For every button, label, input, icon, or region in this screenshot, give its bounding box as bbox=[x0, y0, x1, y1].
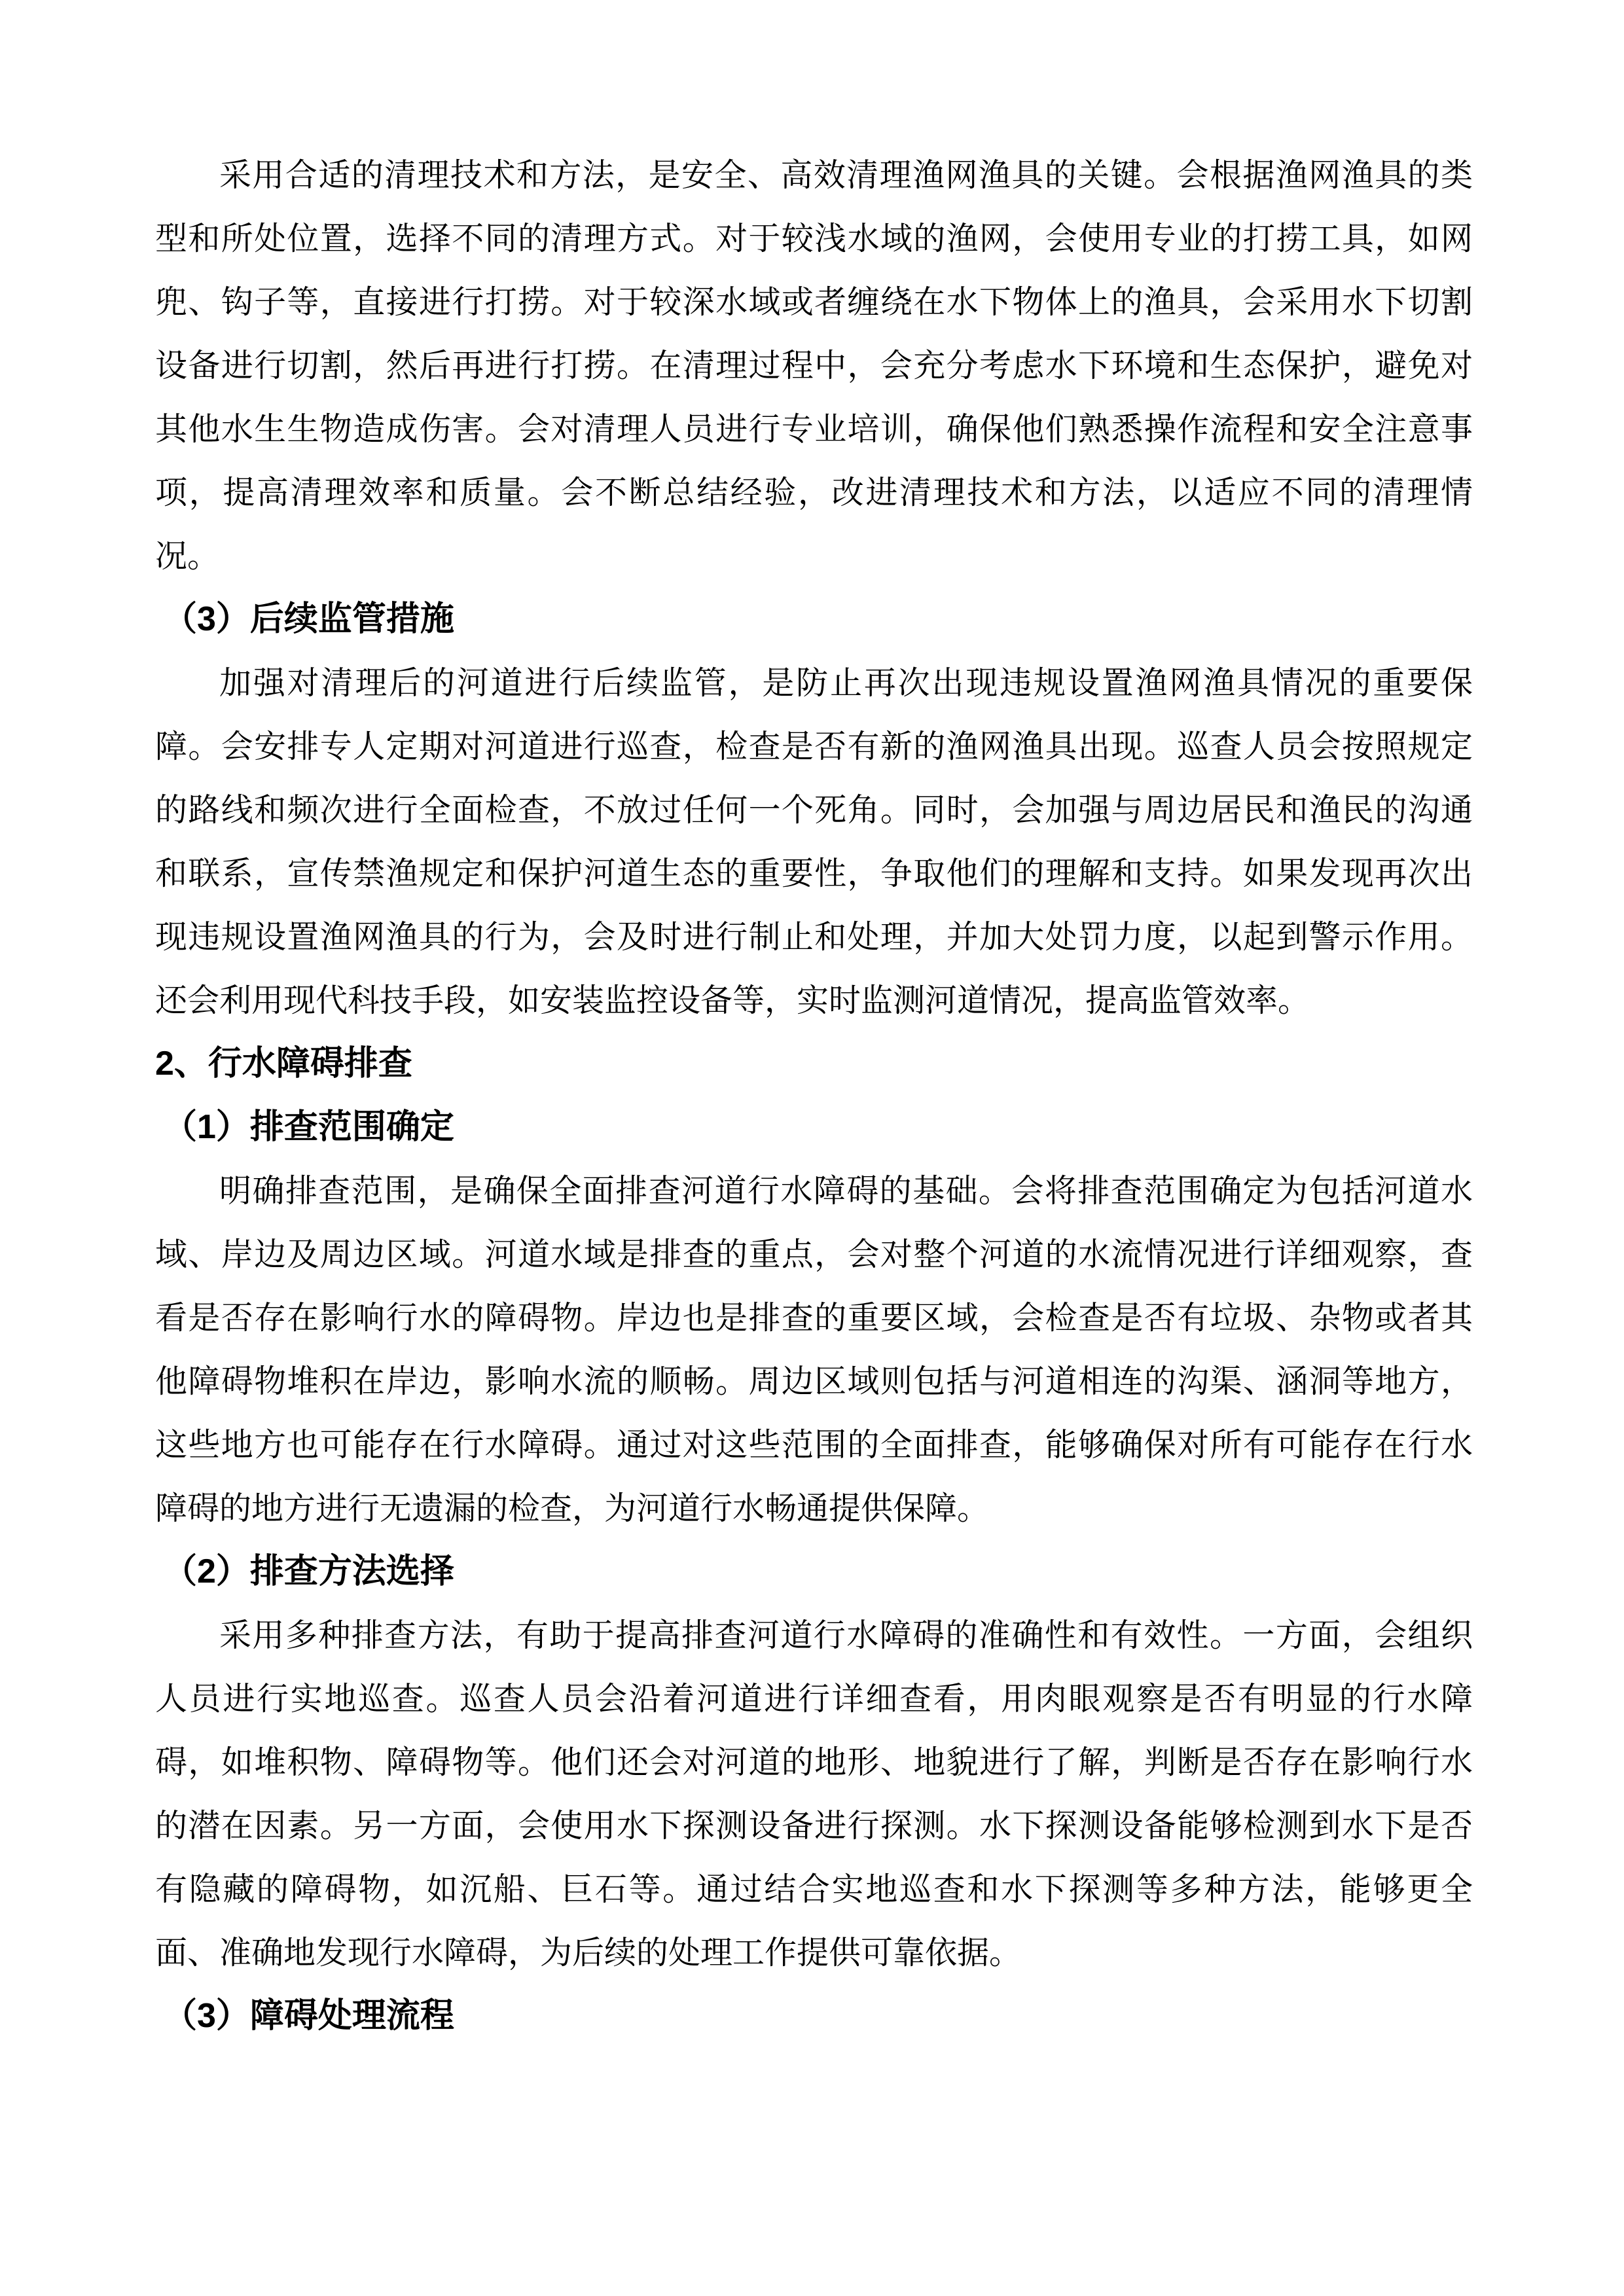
paragraph-line: 项，提高清理效率和质量。会不断总结经验，改进清理技术和方法，以适应不同的清理情 bbox=[155, 461, 1473, 524]
paragraph-line: 明确排查范围，是确保全面排查河道行水障碍的基础。会将排查范围确定为包括河道水 bbox=[155, 1159, 1473, 1223]
paragraph-line: 域、岸边及周边区域。河道水域是排查的重点，会对整个河道的水流情况进行详细观察，查 bbox=[155, 1223, 1473, 1286]
paragraph-line: 采用合适的清理技术和方法，是安全、高效清理渔网渔具的关键。会根据渔网渔具的类 bbox=[155, 143, 1473, 207]
paragraph-line: 他障碍物堆积在岸边，影响水流的顺畅。周边区域则包括与河道相连的沟渠、涵洞等地方， bbox=[155, 1350, 1473, 1413]
section-heading: 2、行水障碍排查 bbox=[155, 1032, 1473, 1096]
paragraph-line: 设备进行切割，然后再进行打捞。在清理过程中，会充分考虑水下环境和生态保护，避免对 bbox=[155, 334, 1473, 397]
paragraph: 明确排查范围，是确保全面排查河道行水障碍的基础。会将排查范围确定为包括河道水域、… bbox=[155, 1159, 1473, 1540]
sub-section-heading: （1）排查范围确定 bbox=[155, 1096, 1473, 1159]
paragraph-line: 的路线和频次进行全面检查，不放过任何一个死角。同时，会加强与周边居民和渔民的沟通 bbox=[155, 778, 1473, 842]
paragraph-line: 况。 bbox=[155, 524, 1473, 588]
paragraph-line: 障。会安排专人定期对河道进行巡查，检查是否有新的渔网渔具出现。巡查人员会按照规定 bbox=[155, 715, 1473, 778]
sub-section-heading: （3）后续监管措施 bbox=[155, 588, 1473, 651]
paragraph-line: 现违规设置渔网渔具的行为，会及时进行制止和处理，并加大处罚力度，以起到警示作用。 bbox=[155, 905, 1473, 969]
paragraph-line: 碍，如堆积物、障碍物等。他们还会对河道的地形、地貌进行了解，判断是否存在影响行水 bbox=[155, 1731, 1473, 1794]
sub-section-heading: （3）障碍处理流程 bbox=[155, 1984, 1473, 2048]
paragraph-line: 加强对清理后的河道进行后续监管，是防止再次出现违规设置渔网渔具情况的重要保 bbox=[155, 651, 1473, 715]
paragraph-line: 兜、钩子等，直接进行打捞。对于较深水域或者缠绕在水下物体上的渔具，会采用水下切割 bbox=[155, 270, 1473, 334]
document-page: 采用合适的清理技术和方法，是安全、高效清理渔网渔具的关键。会根据渔网渔具的类型和… bbox=[0, 0, 1624, 2296]
paragraph-line: 人员进行实地巡查。巡查人员会沿着河道进行详细查看，用肉眼观察是否有明显的行水障 bbox=[155, 1667, 1473, 1731]
paragraph: 采用合适的清理技术和方法，是安全、高效清理渔网渔具的关键。会根据渔网渔具的类型和… bbox=[155, 143, 1473, 588]
paragraph-line: 面、准确地发现行水障碍，为后续的处理工作提供可靠依据。 bbox=[155, 1921, 1473, 1984]
paragraph-line: 有隐藏的障碍物，如沉船、巨石等。通过结合实地巡查和水下探测等多种方法，能够更全 bbox=[155, 1857, 1473, 1921]
sub-section-heading: （2）排查方法选择 bbox=[155, 1540, 1473, 1604]
paragraph-line: 还会利用现代科技手段，如安装监控设备等，实时监测河道情况，提高监管效率。 bbox=[155, 969, 1473, 1032]
paragraph-line: 的潜在因素。另一方面，会使用水下探测设备进行探测。水下探测设备能够检测到水下是否 bbox=[155, 1794, 1473, 1857]
paragraph: 加强对清理后的河道进行后续监管，是防止再次出现违规设置渔网渔具情况的重要保障。会… bbox=[155, 651, 1473, 1032]
paragraph-line: 型和所处位置，选择不同的清理方式。对于较浅水域的渔网，会使用专业的打捞工具，如网 bbox=[155, 207, 1473, 270]
paragraph-line: 障碍的地方进行无遗漏的检查，为河道行水畅通提供保障。 bbox=[155, 1477, 1473, 1540]
paragraph-line: 和联系，宣传禁渔规定和保护河道生态的重要性，争取他们的理解和支持。如果发现再次出 bbox=[155, 842, 1473, 905]
paragraph-line: 看是否存在影响行水的障碍物。岸边也是排查的重要区域，会检查是否有垃圾、杂物或者其 bbox=[155, 1286, 1473, 1350]
paragraph-line: 采用多种排查方法，有助于提高排查河道行水障碍的准确性和有效性。一方面，会组织 bbox=[155, 1604, 1473, 1667]
paragraph-line: 这些地方也可能存在行水障碍。通过对这些范围的全面排查，能够确保对所有可能存在行水 bbox=[155, 1413, 1473, 1477]
paragraph-line: 其他水生生物造成伤害。会对清理人员进行专业培训，确保他们熟悉操作流程和安全注意事 bbox=[155, 397, 1473, 461]
paragraph: 采用多种排查方法，有助于提高排查河道行水障碍的准确性和有效性。一方面，会组织人员… bbox=[155, 1604, 1473, 1984]
